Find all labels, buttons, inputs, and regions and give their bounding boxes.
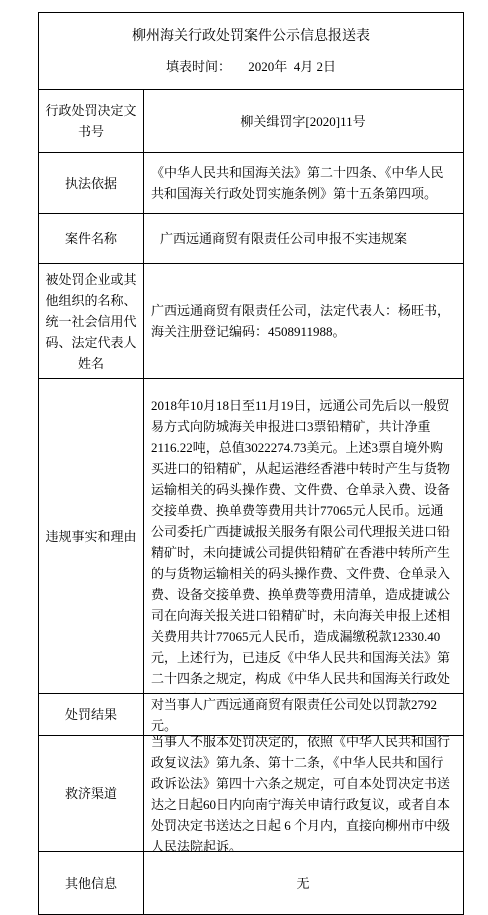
row-case-name-label: 案件名称 — [39, 214, 144, 263]
penalty-disclosure-table: 柳州海关行政处罚案件公示信息报送表 填表时间： 2020年 4月 2日 行政处罚… — [38, 12, 464, 884]
row-remedy-channels-label: 救济渠道 — [39, 736, 144, 851]
row-decision-number: 行政处罚决定文书号 柳关缉罚字[2020]11号 — [39, 90, 463, 153]
row-penalized-entity-value: 广西远通商贸有限责任公司，法定代表人：杨旺书，海关注册登记编码：45089119… — [144, 264, 463, 378]
row-penalized-entity: 被处罚企业或其他组织的名称、统一社会信用代码、法定代表人姓名 广西远通商贸有限责… — [39, 264, 463, 379]
row-remedy-channels: 救济渠道 当事人不服本处罚决定的，依照《中华人民共和国行政复议法》第九条、第十二… — [39, 736, 463, 852]
row-law-basis: 执法依据 《中华人民共和国海关法》第二十四条、《中华人民共和国海关行政处罚实施条… — [39, 153, 463, 214]
row-penalty-result-label: 处罚结果 — [39, 694, 144, 735]
row-remedy-channels-value: 当事人不服本处罚决定的，依照《中华人民共和国行政复议法》第九条、第十二条，《中华… — [144, 736, 463, 851]
row-law-basis-label: 执法依据 — [39, 153, 144, 213]
fill-date-label: 填表时间： — [166, 59, 231, 74]
row-other-info-label: 其他信息 — [39, 852, 144, 884]
row-other-info: 其他信息 无 — [39, 852, 463, 884]
row-case-name-value: 广西远通商贸有限责任公司申报不实违规案 — [144, 214, 463, 263]
row-case-name: 案件名称 广西远通商贸有限责任公司申报不实违规案 — [39, 214, 463, 264]
row-violation-facts-label: 违规事实和理由 — [39, 379, 144, 693]
fill-date-line: 填表时间： 2020年 4月 2日 — [166, 56, 336, 77]
row-decision-number-label: 行政处罚决定文书号 — [39, 90, 144, 152]
row-decision-number-value: 柳关缉罚字[2020]11号 — [144, 90, 463, 152]
document-title: 柳州海关行政处罚案件公示信息报送表 — [132, 26, 370, 48]
row-other-info-value: 无 — [144, 852, 463, 884]
row-violation-facts: 违规事实和理由 2018年10月18日至11月19日，远通公司先后以一般贸易方式… — [39, 379, 463, 694]
row-violation-facts-value: 2018年10月18日至11月19日，远通公司先后以一般贸易方式向防城海关申报进… — [144, 379, 463, 693]
row-penalty-result-value: 对当事人广西远通商贸有限责任公司处以罚款2792元。 — [144, 694, 463, 735]
row-law-basis-value: 《中华人民共和国海关法》第二十四条、《中华人民共和国海关行政处罚实施条例》第十五… — [144, 153, 463, 213]
row-penalty-result: 处罚结果 对当事人广西远通商贸有限责任公司处以罚款2792元。 — [39, 694, 463, 736]
table-header: 柳州海关行政处罚案件公示信息报送表 填表时间： 2020年 4月 2日 — [39, 13, 463, 90]
row-penalized-entity-label: 被处罚企业或其他组织的名称、统一社会信用代码、法定代表人姓名 — [39, 264, 144, 378]
fill-date-value: 2020年 4月 2日 — [248, 59, 336, 74]
